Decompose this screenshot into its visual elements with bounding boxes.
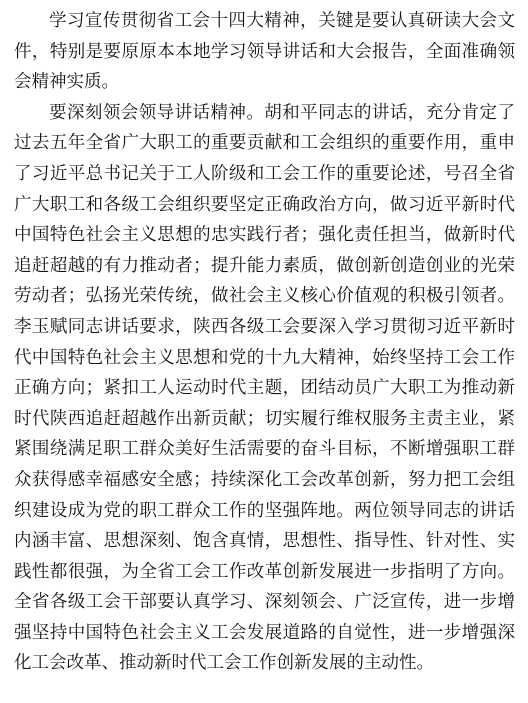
text-line: 织建设成为党的职工群众工作的坚强阵地。两位领导同志的讲话	[14, 496, 515, 527]
text-line: 过去五年全省广大职工的重要贡献和工会组织的重要作用，重申	[14, 128, 515, 159]
text-line: 全省各级工会干部要认真学习、深刻领会、广泛宣传，进一步增	[14, 587, 515, 618]
document-page: 学习宣传贯彻省工会十四大精神，关键是要认真研读大会文件，特别是要原原本本地学习领…	[0, 0, 528, 703]
text-line: 广大职工和各级工会组织要坚定正确政治方向，做习近平新时代	[14, 190, 515, 221]
text-line: 紧围绕满足职工群众美好生活需要的奋斗目标，不断增强职工群	[14, 434, 515, 465]
text-line: 件，特别是要原原本本地学习领导讲话和大会报告，全面准确领	[14, 37, 515, 68]
text-line: 内涵丰富、思想深刻、饱含真情，思想性、指导性、针对性、实	[14, 526, 515, 557]
text-line: 时代陕西追赶超越作出新贡献；切实履行维权服务主责主业，紧	[14, 404, 515, 435]
text-line: 强坚持中国特色社会主义工会发展道路的自觉性，进一步增强深	[14, 618, 515, 649]
text-line: 要深刻领会领导讲话精神。胡和平同志的讲话，充分肯定了	[14, 98, 515, 129]
text-line: 众获得感幸福感安全感；持续深化工会改革创新，努力把工会组	[14, 465, 515, 496]
text-line: 会精神实质。	[14, 67, 515, 98]
text-line: 追赶超越的有力推动者；提升能力素质，做创新创造创业的光荣	[14, 251, 515, 282]
text-line: 践性都很强，为全省工会工作改革创新发展进一步指明了方向。	[14, 557, 515, 588]
text-line: 化工会改革、推动新时代工会工作创新发展的主动性。	[14, 648, 515, 679]
text-line: 李玉赋同志讲话要求，陕西各级工会要深入学习贯彻习近平新时	[14, 312, 515, 343]
document-body: 学习宣传贯彻省工会十四大精神，关键是要认真研读大会文件，特别是要原原本本地学习领…	[14, 6, 515, 679]
text-line: 中国特色社会主义思想的忠实践行者；强化责任担当，做新时代	[14, 220, 515, 251]
text-line: 劳动者；弘扬光荣传统，做社会主义核心价值观的积极引领者。	[14, 281, 515, 312]
text-line: 正确方向；紧扣工人运动时代主题，团结动员广大职工为推动新	[14, 373, 515, 404]
text-line: 代中国特色社会主义思想和党的十九大精神，始终坚持工会工作	[14, 343, 515, 374]
text-line: 学习宣传贯彻省工会十四大精神，关键是要认真研读大会文	[14, 6, 515, 37]
text-line: 了习近平总书记关于工人阶级和工会工作的重要论述，号召全省	[14, 159, 515, 190]
